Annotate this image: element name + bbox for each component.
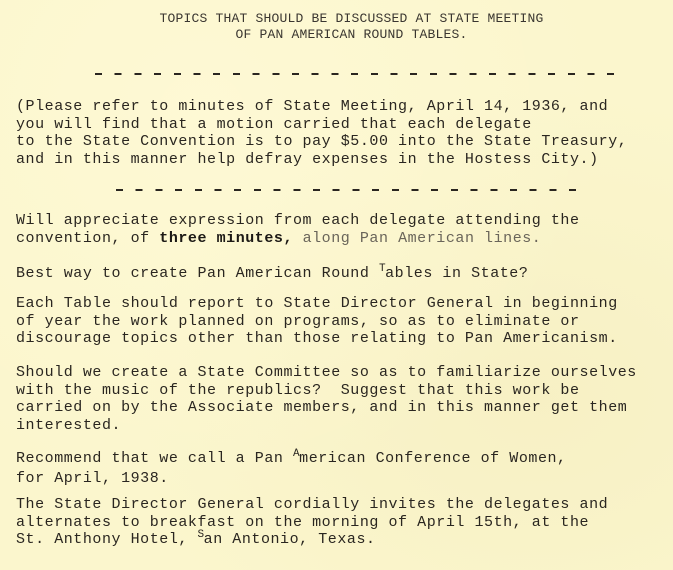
paragraph-each-table: Each Table should report to State Direct…	[16, 295, 618, 348]
paragraph-line: Should we create a State Committee so as…	[16, 364, 637, 382]
paragraph-line: Will appreciate expression from each del…	[16, 212, 580, 230]
text-run: ables in State?	[385, 265, 528, 282]
title-line-2: OF PAN AMERICAN ROUND TABLES.	[30, 27, 673, 43]
emphasis-text: three minutes,	[159, 230, 293, 247]
paragraph-line: The State Director General cordially inv…	[16, 496, 608, 514]
document-title: TOPICS THAT SHOULD BE DISCUSSED AT STATE…	[0, 11, 673, 43]
superscript-letter: S	[197, 529, 204, 541]
paragraph-best-way: Best way to create Pan American Round Ta…	[16, 265, 528, 285]
paragraph-line: convention, of three minutes, along Pan …	[16, 230, 580, 248]
dashed-divider-bottom	[116, 189, 582, 191]
paragraph-line: interested.	[16, 417, 637, 435]
text-run: St. Anthony Hotel,	[16, 531, 197, 548]
paragraph-three-minutes: Will appreciate expression from each del…	[16, 212, 580, 247]
text-run: convention, of	[16, 230, 159, 247]
text-run: along Pan American lines.	[293, 230, 541, 247]
paragraph-line: Each Table should report to State Direct…	[16, 295, 618, 313]
paragraph-line: for April, 1938.	[16, 470, 567, 488]
dashed-divider-top	[95, 73, 623, 75]
paragraph-breakfast-invite: The State Director General cordially inv…	[16, 496, 608, 551]
text-run: Best way to create Pan American Round	[16, 265, 379, 282]
paragraph-line: alternates to breakfast on the morning o…	[16, 514, 608, 532]
intro-line: (Please refer to minutes of State Meetin…	[16, 98, 627, 116]
paragraph-state-committee: Should we create a State Committee so as…	[16, 364, 637, 434]
paragraph-line: of year the work planned on programs, so…	[16, 313, 618, 331]
text-run: merican Conference of Women,	[299, 450, 566, 467]
intro-paragraph: (Please refer to minutes of State Meetin…	[16, 98, 627, 168]
paragraph-line: discourage topics other than those relat…	[16, 330, 618, 348]
superscript-letter: T	[379, 263, 386, 275]
paragraph-line: carried on by the Associate members, and…	[16, 399, 637, 417]
paragraph-line: Recommend that we call a Pan American Co…	[16, 450, 567, 470]
paragraph-line: with the music of the republics? Suggest…	[16, 382, 637, 400]
paragraph-conference: Recommend that we call a Pan American Co…	[16, 450, 567, 487]
typed-document-page: TOPICS THAT SHOULD BE DISCUSSED AT STATE…	[0, 0, 673, 570]
text-run: an Antonio, Texas.	[204, 531, 376, 548]
intro-line: to the State Convention is to pay $5.00 …	[16, 133, 627, 151]
paragraph-line: St. Anthony Hotel, San Antonio, Texas.	[16, 531, 608, 551]
paragraph-line: Best way to create Pan American Round Ta…	[16, 265, 528, 285]
superscript-letter: A	[293, 448, 300, 460]
text-run: Recommend that we call a Pan	[16, 450, 293, 467]
intro-line: you will find that a motion carried that…	[16, 116, 627, 134]
intro-line: and in this manner help defray expenses …	[16, 151, 627, 169]
title-line-1: TOPICS THAT SHOULD BE DISCUSSED AT STATE…	[30, 11, 673, 27]
